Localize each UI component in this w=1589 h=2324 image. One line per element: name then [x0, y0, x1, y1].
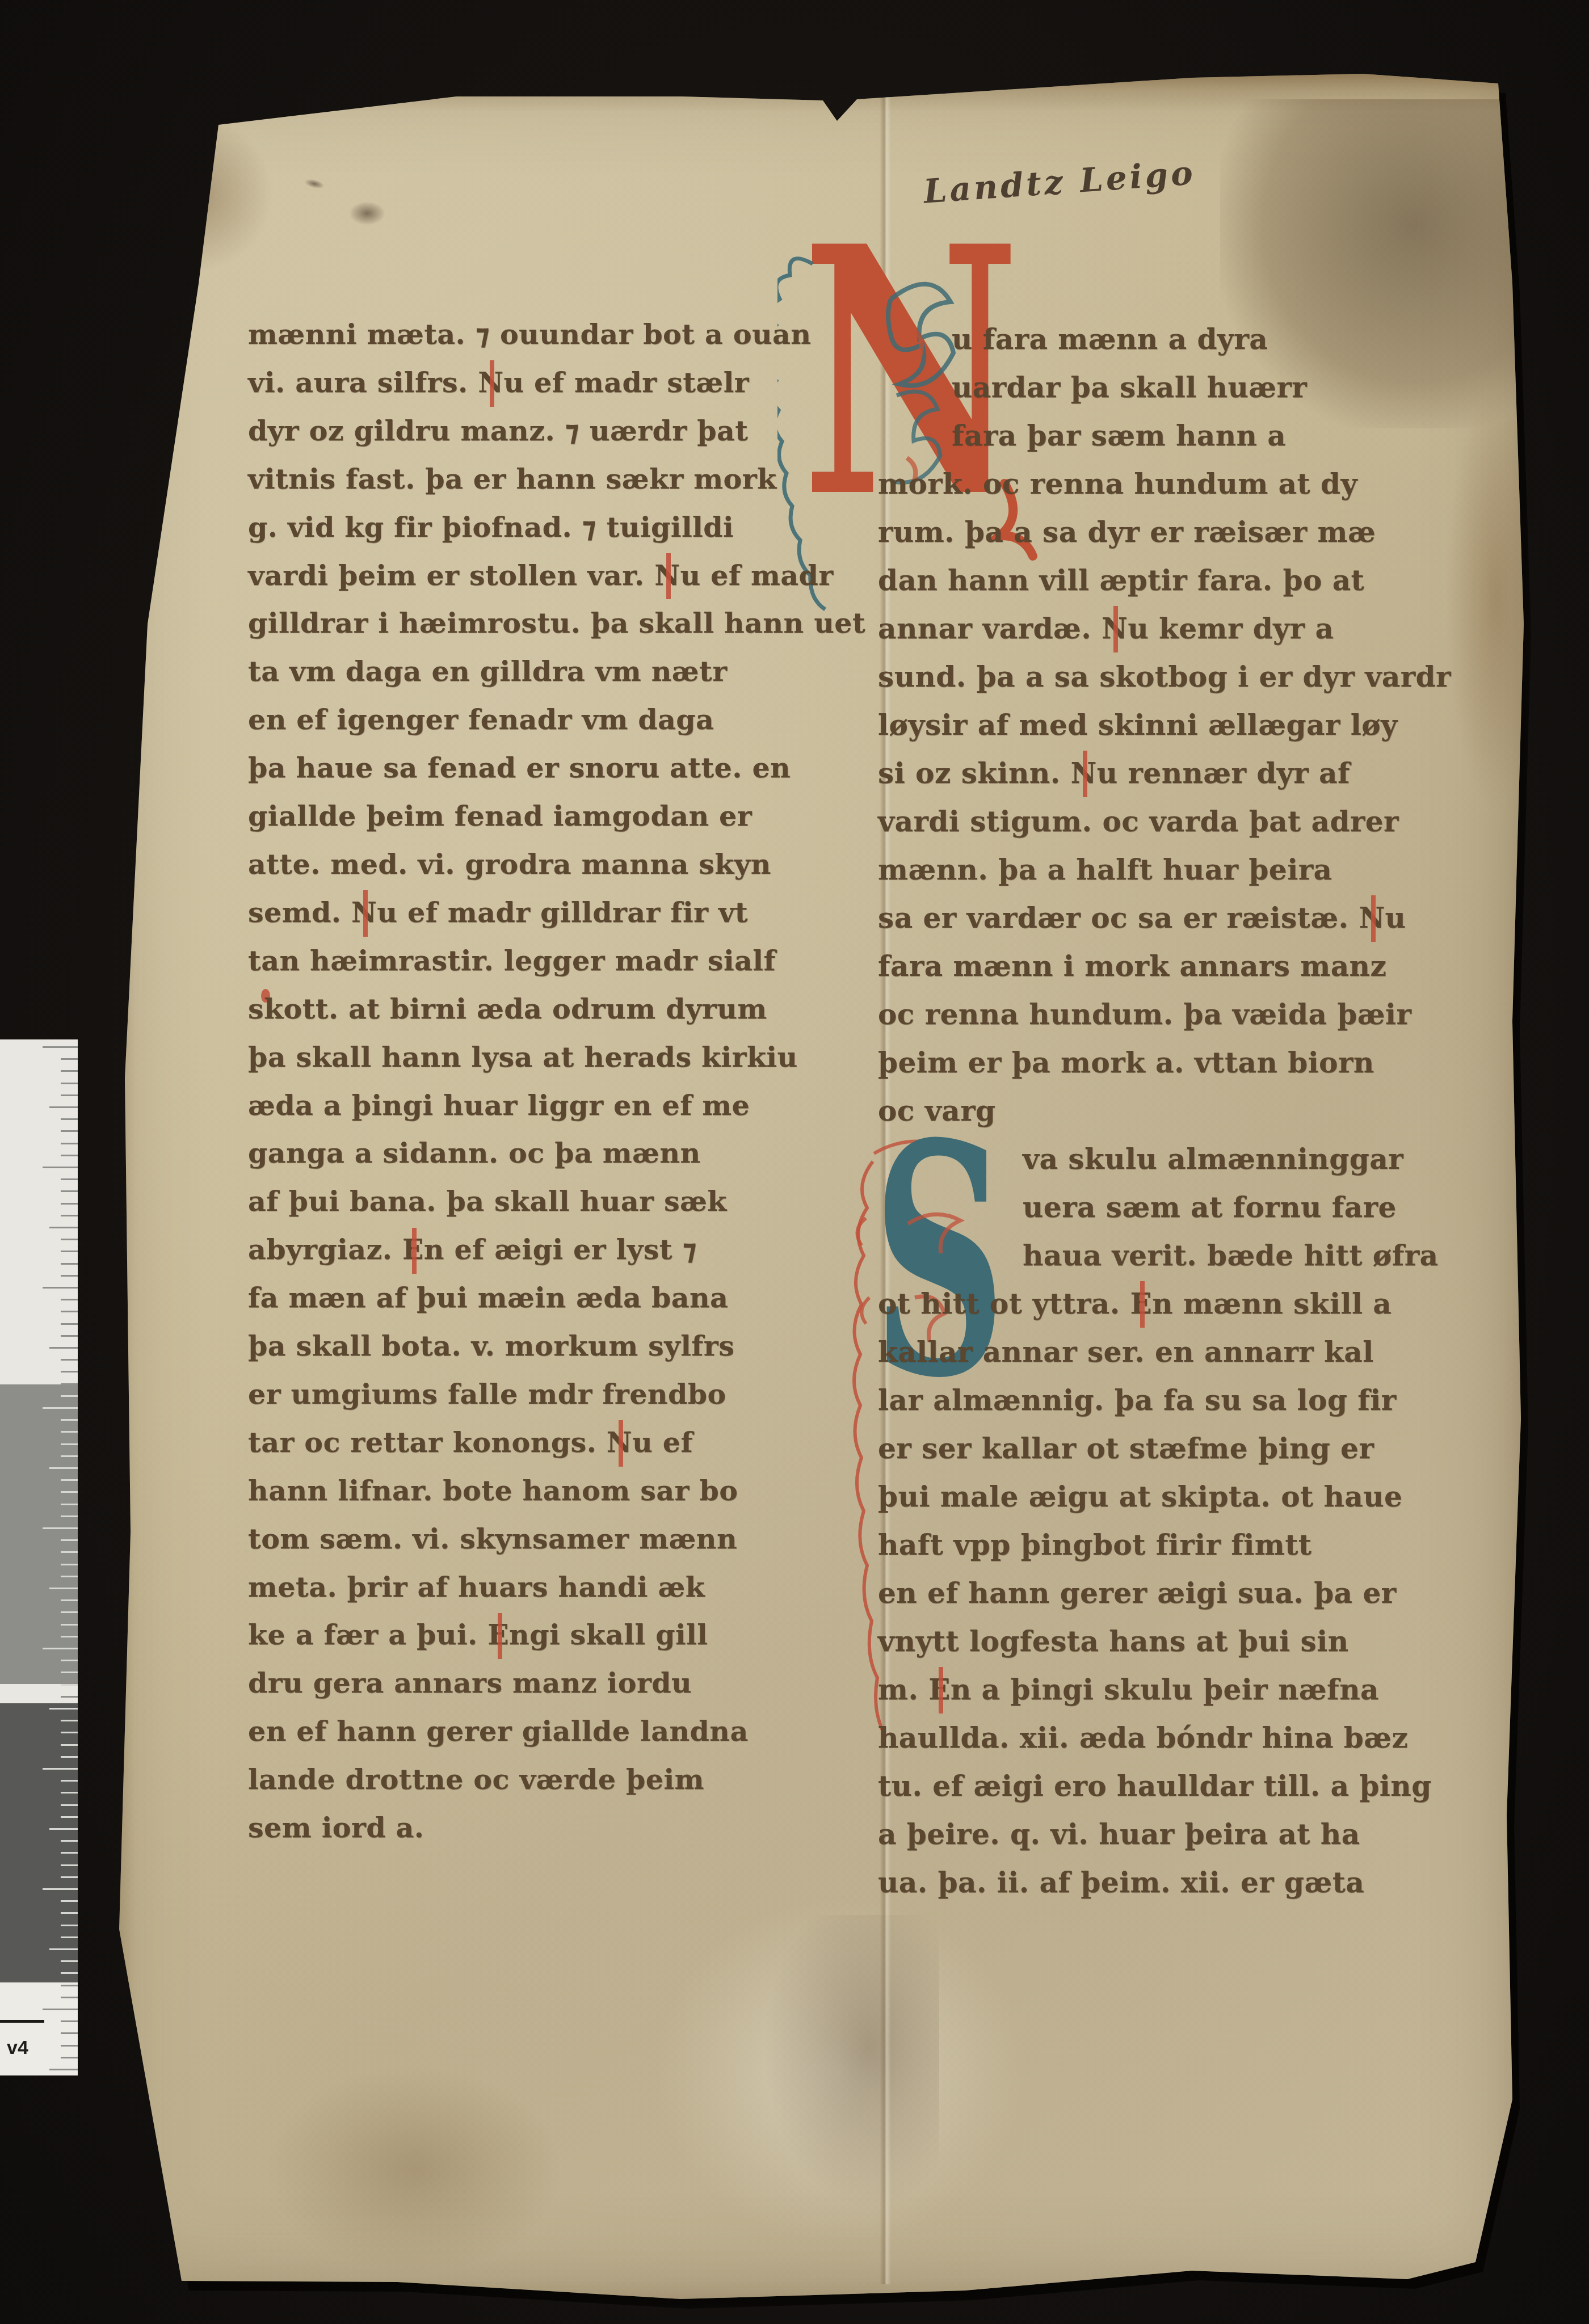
ruler-tick — [61, 1684, 78, 1686]
manuscript-text-line: ta vm daga en gilldra vm nætr — [248, 647, 865, 696]
ruler-tick — [49, 1467, 78, 1469]
ruler-tick — [43, 1167, 78, 1168]
ruler-tick — [61, 1455, 78, 1457]
manuscript-text-line: kallar annar ser. en annarr kal — [878, 1328, 1451, 1376]
ruler-tick — [61, 1371, 78, 1372]
ruler-tick — [49, 1588, 78, 1589]
manuscript-text-line: dyr oz gildru manz. ⁊ uærdr þat — [248, 407, 865, 455]
ruler-tick — [49, 2069, 78, 2070]
manuscript-text-line: dan hann vill æptir fara. þo at — [878, 556, 1451, 604]
manuscript-text-line: uardar þa skall huærr — [878, 363, 1451, 411]
manuscript-text-line: atte. med. vi. grodra manna skyn — [248, 840, 865, 889]
ink-spot — [349, 201, 385, 225]
manuscript-text-line: løysir af med skinni ællægar løy — [878, 701, 1451, 749]
manuscript-text-line: hann lifnar. bote hanom sar bo — [248, 1467, 865, 1515]
ruler-tick — [61, 1756, 78, 1758]
ruler-tick — [43, 1046, 78, 1048]
ruler-tick — [61, 1118, 78, 1120]
ruler-band-white — [0, 1039, 78, 1384]
ruler-tick — [61, 1611, 78, 1613]
ruler-tick — [61, 1972, 78, 1974]
ruler-tick — [61, 1443, 78, 1445]
manuscript-text-line: en ef igenger fenadr vm daga — [248, 696, 865, 744]
manuscript-text-line: mænn. þa a halft huar þeira — [878, 845, 1451, 894]
ruler-tick — [61, 1936, 78, 1938]
rubricated-initial: N — [478, 359, 503, 407]
manuscript-text-line: vi. aura silfrs. Nu ef madr stælr — [248, 359, 865, 407]
stain — [270, 2068, 559, 2272]
header-annotation: Landtz Leigo — [922, 153, 1197, 210]
manuscript-text-line: fara mænn i mork annars manz — [878, 942, 1451, 990]
ruler-tick — [61, 1383, 78, 1385]
ruler-tick — [61, 1359, 78, 1361]
manuscript-text-line: þeim er þa mork a. vttan biorn — [878, 1038, 1451, 1087]
stain — [94, 65, 136, 2304]
manuscript-text-line: haua verit. bæde hitt øfra — [878, 1231, 1451, 1279]
ruler-tick — [61, 1130, 78, 1132]
ruler-tick — [61, 1660, 78, 1661]
ruler-tick — [61, 1864, 78, 1866]
ruler-tick — [61, 1985, 78, 1986]
manuscript-text-line: fara þar sæm hann a — [878, 411, 1451, 460]
ruler-tick — [49, 1227, 78, 1228]
manuscript-text-line: rum. þa a sa dyr er ræisær mæ — [878, 508, 1451, 556]
rubricated-initial: E — [1130, 1279, 1152, 1328]
ruler-tick — [43, 1768, 78, 1770]
ruler-band-white-separator — [0, 1684, 78, 1703]
ruler-tick — [61, 1419, 78, 1421]
ruler-tick — [61, 1997, 78, 1998]
ruler-tick — [61, 2057, 78, 2058]
manuscript-text-line: meta. þrir af huars handi æk — [248, 1563, 865, 1611]
ruler-tick — [61, 1504, 78, 1505]
manuscript-text-line: annar vardæ. Nu kemr dyr a — [878, 604, 1451, 652]
ruler-tick — [61, 1143, 78, 1144]
ruler-tick — [43, 1648, 78, 1649]
ruler-tick — [49, 1948, 78, 1950]
ruler-tick — [61, 1876, 78, 1878]
manuscript-text-line: vitnis fast. þa er hann sækr mork — [248, 455, 865, 503]
manuscript-text-line: oc renna hundum. þa væida þæir — [878, 990, 1451, 1038]
manuscript-text-line: abyrgiaz. En ef æigi er lyst ⁊ — [248, 1226, 865, 1274]
manuscript-text-line: ot hitt ot yttra. En mænn skill a — [878, 1279, 1451, 1328]
rubricated-initial: N — [607, 1418, 632, 1467]
rubricated-initial: E — [487, 1611, 509, 1659]
manuscript-text-line: dru gera annars manz iordu — [248, 1659, 865, 1707]
manuscript-text-line: u fara mænn a dyra — [878, 315, 1451, 363]
manuscript-text-line: tom sæm. vi. skynsamer mænn — [248, 1515, 865, 1563]
ruler-tick — [61, 1636, 78, 1637]
left-text-column: mænni mæta. ⁊ ouundar bot a ouanvi. aura… — [248, 310, 865, 1852]
ruler-tick — [61, 1515, 78, 1517]
ruler-tick — [61, 2032, 78, 2034]
parchment-page: Landtz Leigo N S mænni mæta. ⁊ ouundar b… — [94, 65, 1527, 2304]
ruler-tick — [61, 1960, 78, 1962]
ruler-tick — [49, 1106, 78, 1108]
manuscript-text-line: fa mæn af þui mæin æda bana — [248, 1274, 865, 1322]
manuscript-text-line: lar almænnig. þa fa su sa log fir — [878, 1376, 1451, 1424]
ruler-tick — [61, 1094, 78, 1096]
ruler-tick — [61, 1696, 78, 1698]
manuscript-text-line: tar oc rettar konongs. Nu ef — [248, 1418, 865, 1467]
ruler-tick — [43, 1407, 78, 1409]
ruler-tick — [61, 1335, 78, 1337]
ruler-tick — [61, 1672, 78, 1673]
ruler-band-midgray — [0, 1384, 78, 1684]
ruler-tick — [61, 1263, 78, 1265]
manuscript-text-line: er ser kallar ot stæfme þing er — [878, 1424, 1451, 1472]
ruler-tick — [61, 1239, 78, 1240]
rubricated-initial: N — [1359, 894, 1385, 942]
ruler-tick — [61, 1215, 78, 1216]
stain — [114, 114, 273, 273]
manuscript-text-line: sund. þa a sa skotbog i er dyr vardr — [878, 652, 1451, 701]
rubricated-initial: N — [654, 551, 680, 600]
manuscript-text-line: semd. Nu ef madr gilldrar fir vt — [248, 889, 865, 937]
ruler-tick — [43, 1287, 78, 1289]
ruler-tick — [61, 1624, 78, 1626]
manuscript-text-line: tan hæimrastir. legger madr sialf — [248, 937, 865, 985]
manuscript-text-line: lande drottne oc værde þeim — [248, 1755, 865, 1804]
right-text-column: u fara mænn a dyrauardar þa skall huærrf… — [878, 315, 1451, 1906]
rubricated-initial: N — [1102, 604, 1128, 652]
rubricated-initial: N — [351, 889, 377, 937]
ruler-tick — [61, 1275, 78, 1277]
ruler-tick — [61, 1564, 78, 1565]
manuscript-text-line: þa skall hann lysa at herads kirkiu — [248, 1033, 865, 1081]
ruler-tick — [43, 1888, 78, 1890]
manuscript-text-line: en ef hann gerer æigi sua. þa er — [878, 1569, 1451, 1617]
manuscript-text-line: va skulu almænninggar — [878, 1135, 1451, 1183]
ruler-tick — [61, 2020, 78, 2022]
manuscript-text-line: m. En a þingi skulu þeir næfna — [878, 1665, 1451, 1713]
ruler-version-label: v4 — [7, 2037, 28, 2059]
ruler-tick — [61, 1323, 78, 1325]
manuscript-photo: v4 Landtz Leigo N — [0, 0, 1589, 2324]
ruler-tick — [61, 1431, 78, 1433]
ruler-tick — [61, 1744, 78, 1746]
ruler-tick — [61, 1539, 78, 1541]
manuscript-text-line: en ef hann gerer giallde landna — [248, 1707, 865, 1755]
stain — [763, 1915, 939, 2210]
manuscript-text-line: mork. oc renna hundum at dy — [878, 460, 1451, 508]
ruler-tick — [61, 1299, 78, 1300]
manuscript-text-line: sa er vardær oc sa er ræistæ. Nu — [878, 894, 1451, 942]
ruler-tick — [49, 1828, 78, 1830]
manuscript-text-line: haullda. xii. æda bóndr hina bæz — [878, 1713, 1451, 1762]
ruler-tick — [61, 1311, 78, 1312]
ruler-tick — [61, 1720, 78, 1721]
ruler-tick — [49, 1347, 78, 1349]
ruler-tick — [61, 1479, 78, 1481]
manuscript-text-line: vardi stigum. oc varda þat adrer — [878, 797, 1451, 845]
ruler-tick — [61, 1070, 78, 1072]
ruler-tick — [61, 1491, 78, 1493]
ruler-tick — [61, 1599, 78, 1601]
ruler-tick — [61, 2045, 78, 2047]
ruler-tick — [61, 1083, 78, 1084]
ruler-tick — [61, 1178, 78, 1180]
manuscript-text-line: ke a fær a þui. Engi skall gill — [248, 1611, 865, 1659]
manuscript-text-line: sem iord a. — [248, 1804, 865, 1852]
manuscript-text-line: ganga a sidann. oc þa mænn — [248, 1129, 865, 1177]
ruler-tick — [61, 1251, 78, 1252]
ruler-tick — [61, 1576, 78, 1577]
ruler-tick — [61, 1852, 78, 1854]
ruler-tick — [61, 1551, 78, 1553]
pen-trial-mark — [304, 178, 325, 190]
manuscript-text-line: þui male æigu at skipta. ot haue — [878, 1472, 1451, 1521]
stain — [653, 1898, 1027, 2244]
manuscript-text-line: a þeire. q. vi. huar þeira at ha — [878, 1810, 1451, 1858]
manuscript-text-line: gilldrar i hæimrostu. þa skall hann uet — [248, 599, 865, 647]
rubricated-initial: E — [928, 1665, 951, 1713]
manuscript-text-line: þa skall bota. v. morkum sylfrs — [248, 1322, 865, 1370]
ruler-reference-line — [0, 2020, 44, 2023]
ruler-tick — [61, 1058, 78, 1060]
ruler-tick — [61, 1155, 78, 1156]
manuscript-text-line: ua. þa. ii. af þeim. xii. er gæta — [878, 1858, 1451, 1906]
rubricated-initial: N — [1071, 749, 1097, 797]
manuscript-text-line: haft vpp þingbot firir fimtt — [878, 1521, 1451, 1569]
ruler-tick — [61, 1780, 78, 1782]
manuscript-text-line: uera sæm at fornu fare — [878, 1183, 1451, 1231]
stain — [94, 65, 1527, 112]
ruler-tick — [43, 2009, 78, 2010]
manuscript-text-line: mænni mæta. ⁊ ouundar bot a ouan — [248, 310, 865, 359]
manuscript-text-line: g. vid kg fir þiofnad. ⁊ tuigilldi — [248, 503, 865, 551]
manuscript-text-line: af þui bana. þa skall huar sæk — [248, 1177, 865, 1226]
ruler-tick — [61, 1732, 78, 1733]
ruler-tick — [61, 1925, 78, 1926]
rubricated-initial: E — [402, 1226, 424, 1274]
manuscript-text-line: er umgiums falle mdr frendbo — [248, 1370, 865, 1418]
manuscript-text-line: vnytt logfesta hans at þui sin — [878, 1617, 1451, 1665]
ruler-tick — [61, 1816, 78, 1818]
ruler-tick — [61, 1804, 78, 1806]
ruler-tick — [61, 1792, 78, 1793]
ruler-tick — [61, 1840, 78, 1842]
ruler-tick — [61, 1203, 78, 1205]
manuscript-text-line: giallde þeim fenad iamgodan er — [248, 792, 865, 840]
ruler-tick — [49, 1708, 78, 1710]
ruler-tick — [61, 1900, 78, 1902]
ruler-tick — [61, 1190, 78, 1192]
manuscript-text-line: oc varg — [878, 1087, 1451, 1135]
ruler-tick — [61, 1395, 78, 1397]
manuscript-text-line: skott. at birni æda odrum dyrum — [248, 985, 865, 1033]
ruler-tick — [61, 1912, 78, 1914]
ruler-tick — [43, 1527, 78, 1529]
manuscript-text-line: æda a þingi huar liggr en ef me — [248, 1081, 865, 1130]
manuscript-text-line: si oz skinn. Nu rennær dyr af — [878, 749, 1451, 797]
manuscript-text-line: þa haue sa fenad er snoru atte. en — [248, 744, 865, 792]
manuscript-text-line: tu. ef æigi ero haulldar till. a þing — [878, 1762, 1451, 1810]
manuscript-text-line: vardi þeim er stollen var. Nu ef madr — [248, 551, 865, 600]
